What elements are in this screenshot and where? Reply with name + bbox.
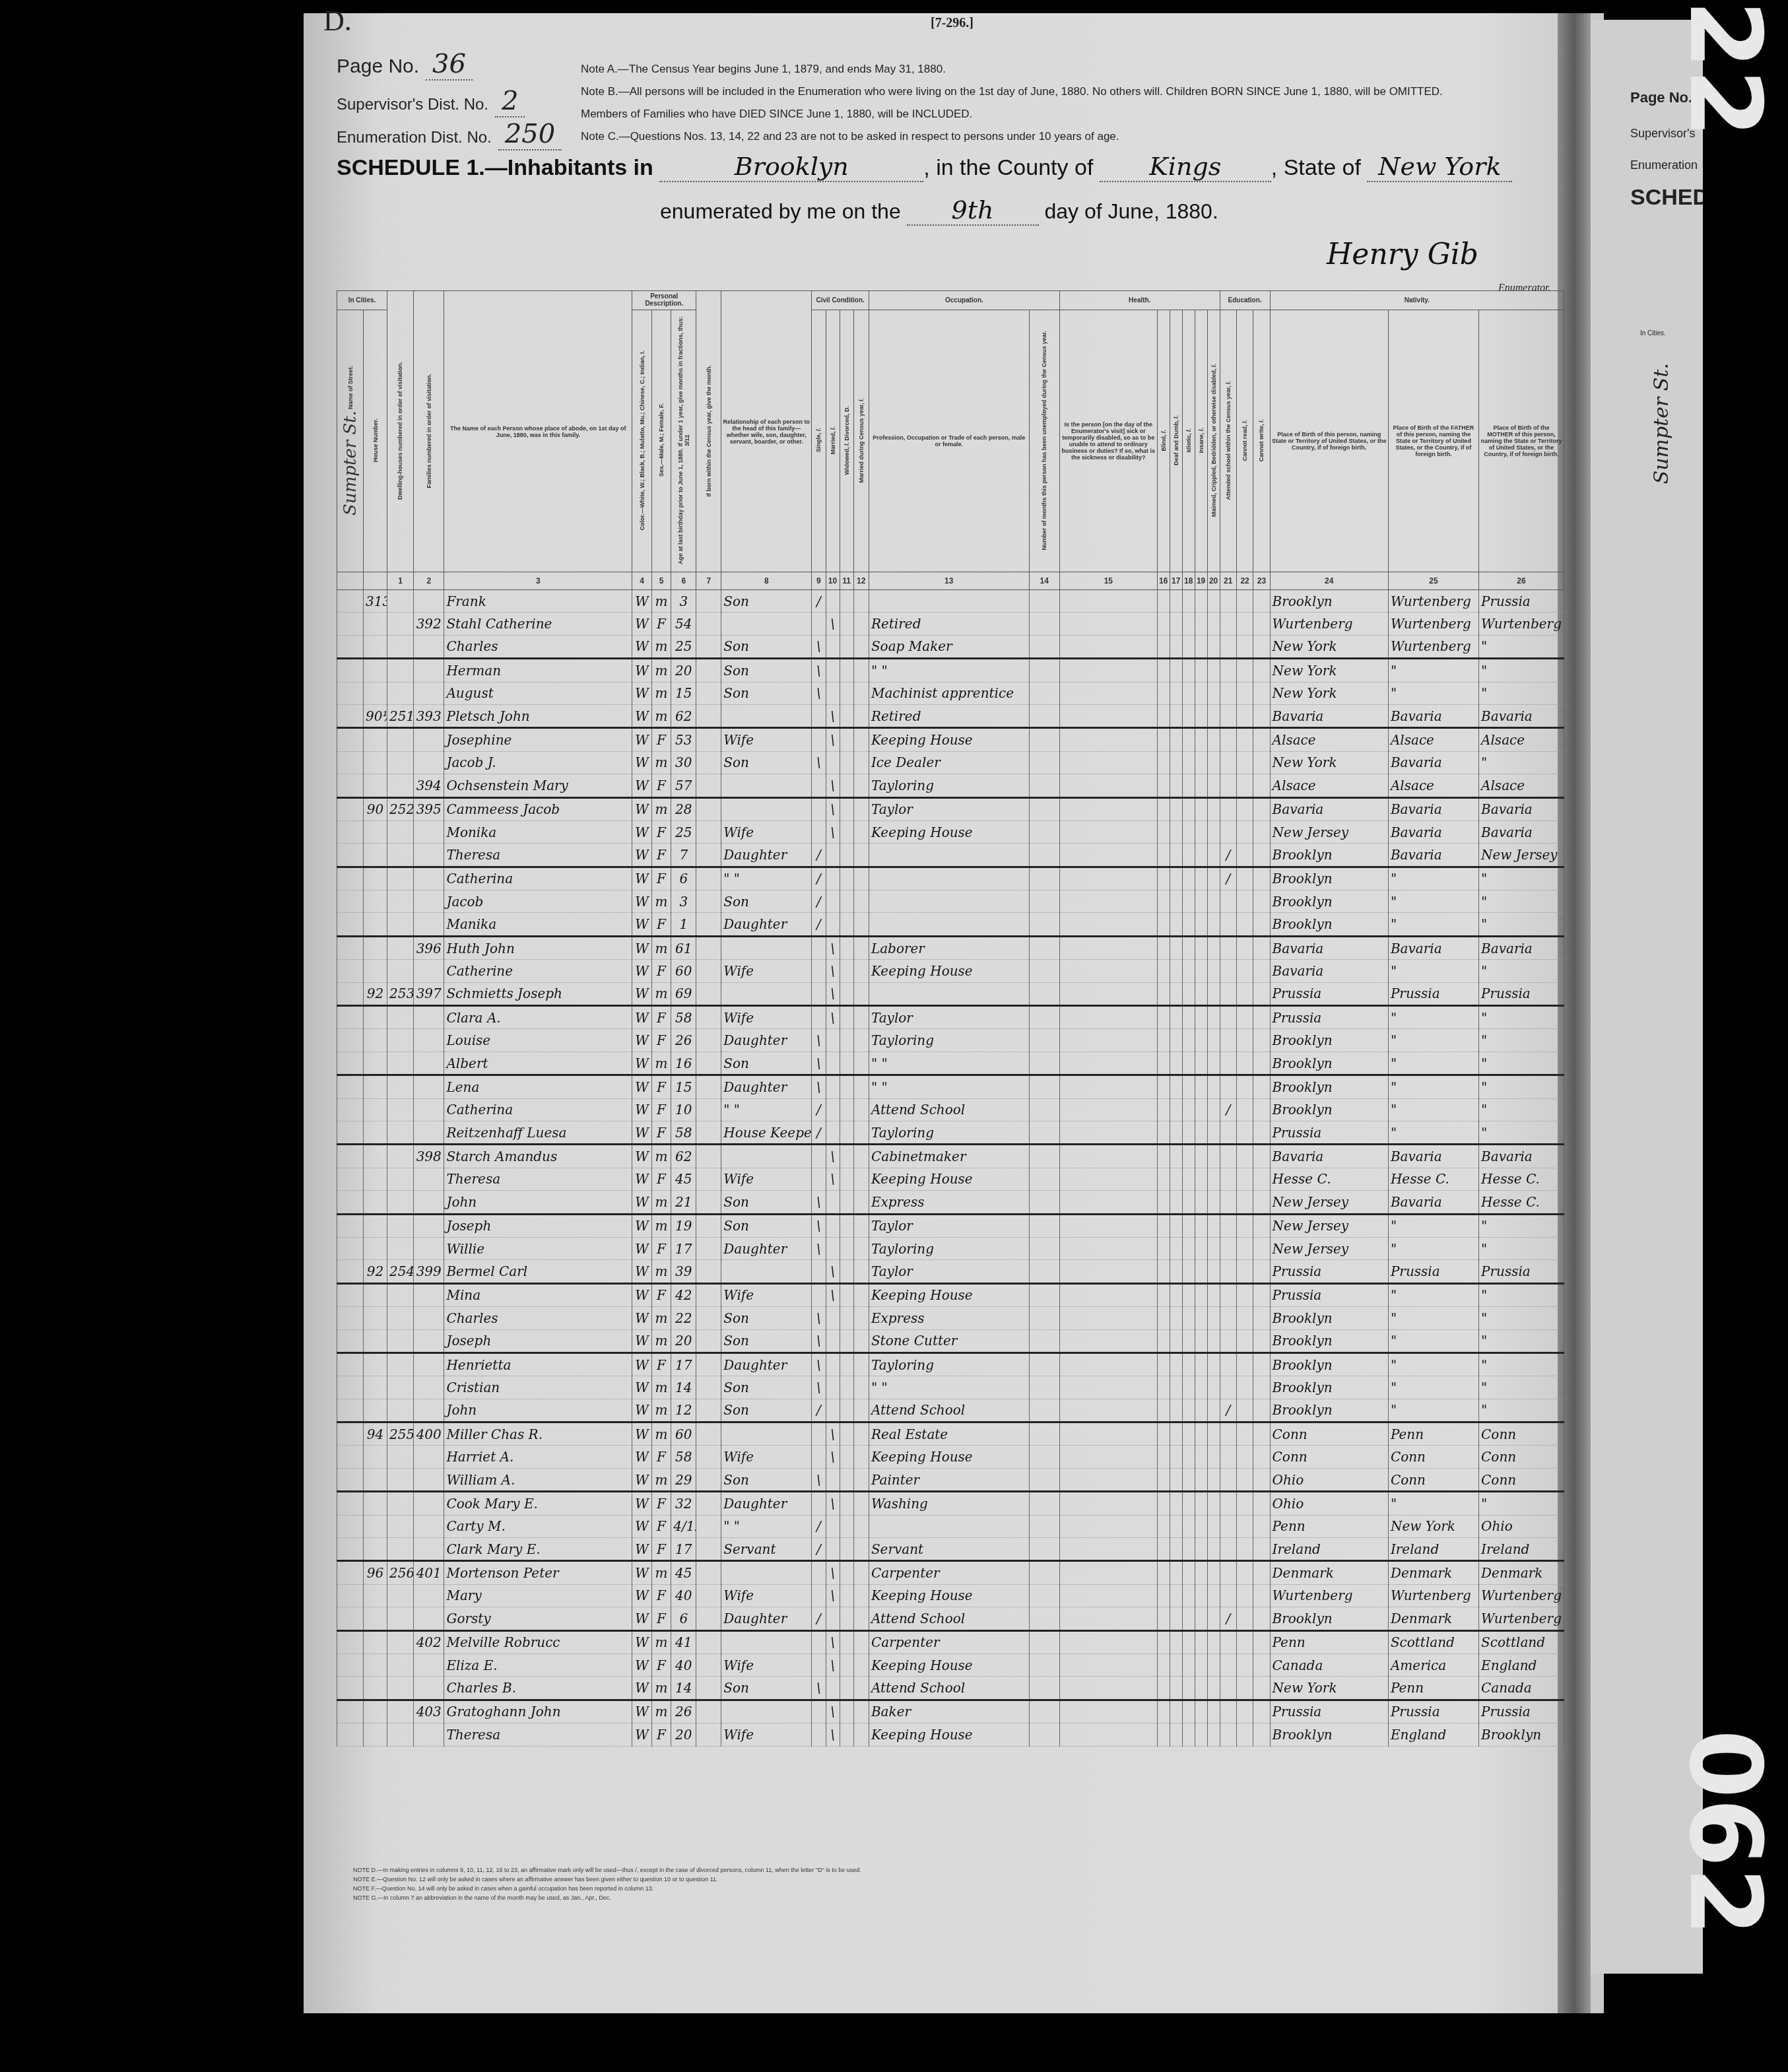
color-cell: W	[632, 1145, 652, 1168]
occupation-cell: Ice Dealer	[869, 751, 1029, 774]
street-cell	[337, 1353, 364, 1376]
table-row: MaryWF40Wife\Keeping HouseWurtenbergWurt…	[337, 1584, 1564, 1607]
house-number-cell	[364, 1029, 387, 1052]
age-cell: 62	[671, 1145, 696, 1168]
cannot-read-cell	[1236, 1376, 1253, 1399]
birthplace-cell: Brooklyn	[1270, 1329, 1388, 1353]
enumeration-district-value: 250	[498, 119, 562, 150]
school-mark-cell	[1220, 1723, 1236, 1746]
relationship-cell: Son	[721, 635, 812, 658]
father-birthplace-cell: Prussia	[1388, 1700, 1478, 1723]
birth-month-cell	[696, 1098, 721, 1121]
birthplace-cell: Bavaria	[1270, 936, 1388, 959]
sickness-cell	[1059, 1468, 1157, 1491]
birth-month-cell	[696, 682, 721, 704]
cannot-write-cell	[1253, 1168, 1270, 1190]
street-cell	[337, 1006, 364, 1029]
person-name-cell: Lena	[444, 1075, 632, 1098]
sex-cell: m	[651, 1399, 671, 1422]
single-mark-cell	[812, 1561, 826, 1584]
birthplace-cell: Bavaria	[1270, 1145, 1388, 1168]
cannot-read-cell	[1236, 797, 1253, 820]
table-row: 90½251393Pletsch JohnWm62\RetiredBavaria…	[337, 704, 1564, 727]
idiotic-cell	[1182, 1561, 1195, 1584]
cannot-read-cell	[1236, 1446, 1253, 1468]
family-number-cell: 400	[414, 1422, 444, 1446]
color-cell: W	[632, 1677, 652, 1700]
widowed-mark-cell	[840, 1329, 853, 1353]
mother-birthplace-cell: Alsace	[1479, 728, 1564, 751]
relationship-cell: Son	[721, 1677, 812, 1700]
sickness-cell	[1059, 1237, 1157, 1259]
birth-month-cell	[696, 1260, 721, 1283]
father-birthplace-cell: Wurtenberg	[1388, 635, 1478, 658]
age-cell: 17	[671, 1237, 696, 1259]
sex-cell: F	[651, 1029, 671, 1052]
birthplace-cell: Prussia	[1270, 982, 1388, 1005]
married-mark-cell	[826, 913, 840, 936]
deaf-cell	[1170, 1098, 1182, 1121]
header-single: Single, /.	[812, 310, 826, 572]
married-mark-cell	[826, 1214, 840, 1237]
table-row: 96256401Mortenson PeterWm45\CarpenterDen…	[337, 1561, 1564, 1584]
father-birthplace-cell: "	[1388, 1214, 1478, 1237]
idiotic-cell	[1182, 1376, 1195, 1399]
color-cell: W	[632, 844, 652, 867]
header-street: Name of Street. Sumpter St.	[337, 310, 364, 572]
birthplace-cell: Ohio	[1270, 1492, 1388, 1515]
street-name-value: Sumpter St.	[341, 411, 360, 516]
insane-cell	[1195, 635, 1207, 658]
unemployed-cell	[1029, 1283, 1059, 1306]
house-number-cell	[364, 960, 387, 982]
birth-month-cell	[696, 1145, 721, 1168]
insane-cell	[1195, 1630, 1207, 1654]
mother-birthplace-cell: Canada	[1479, 1677, 1564, 1700]
family-number-cell	[414, 1283, 444, 1306]
person-name-cell: Starch Amandus	[444, 1145, 632, 1168]
dwelling-number-cell	[387, 890, 413, 913]
maimed-cell	[1207, 1191, 1220, 1214]
cannot-write-cell	[1253, 1376, 1270, 1399]
single-mark-cell	[812, 728, 826, 751]
birth-month-cell	[696, 1723, 721, 1746]
sickness-cell	[1059, 728, 1157, 751]
color-cell: W	[632, 1723, 652, 1746]
school-mark-cell	[1220, 890, 1236, 913]
footnote-f: NOTE F.—Question No. 14 will only be ask…	[353, 1884, 861, 1893]
deaf-cell	[1170, 1307, 1182, 1329]
header-married-year: Married during Census year, /.	[853, 310, 869, 572]
dwelling-number-cell: 251	[387, 704, 413, 727]
sex-cell: m	[651, 682, 671, 704]
age-cell: 45	[671, 1168, 696, 1190]
age-cell: 60	[671, 1422, 696, 1446]
occupation-cell: Keeping House	[869, 1723, 1029, 1746]
sickness-cell	[1059, 1353, 1157, 1376]
unemployed-cell	[1029, 1168, 1059, 1190]
blind-cell	[1157, 1260, 1170, 1283]
unemployed-cell	[1029, 936, 1059, 959]
occupation-cell: Retired	[869, 704, 1029, 727]
insane-cell	[1195, 1446, 1207, 1468]
married-mark-cell	[826, 1191, 840, 1214]
school-mark-cell	[1220, 1561, 1236, 1584]
idiotic-cell	[1182, 1029, 1195, 1052]
maimed-cell	[1207, 1006, 1220, 1029]
occupation-cell: Carpenter	[869, 1630, 1029, 1654]
insane-cell	[1195, 1561, 1207, 1584]
relationship-cell: Wife	[721, 1723, 812, 1746]
cannot-read-cell	[1236, 844, 1253, 867]
cannot-write-cell	[1253, 1121, 1270, 1144]
unemployed-cell	[1029, 1538, 1059, 1561]
single-mark-cell	[812, 982, 826, 1005]
color-cell: W	[632, 1029, 652, 1052]
mother-birthplace-cell: Ireland	[1479, 1538, 1564, 1561]
family-number-cell	[414, 590, 444, 613]
street-cell	[337, 774, 364, 797]
maimed-cell	[1207, 820, 1220, 843]
father-birthplace-cell: "	[1388, 1492, 1478, 1515]
sickness-cell	[1059, 1376, 1157, 1399]
table-row: TheresaWF20Wife\Keeping HouseBrooklynEng…	[337, 1723, 1564, 1746]
birth-month-cell	[696, 1515, 721, 1537]
header-widowed: Widowed, /. Divorced, D.	[840, 310, 853, 572]
maimed-cell	[1207, 1329, 1220, 1353]
street-cell	[337, 1723, 364, 1746]
sex-cell: m	[651, 1700, 671, 1723]
cannot-write-cell	[1253, 960, 1270, 982]
married-mark-cell: \	[826, 1561, 840, 1584]
cannot-write-cell	[1253, 844, 1270, 867]
sex-cell: F	[651, 1515, 671, 1537]
person-name-cell: John	[444, 1399, 632, 1422]
single-mark-cell: \	[812, 635, 826, 658]
single-mark-cell	[812, 1145, 826, 1168]
father-birthplace-cell: "	[1388, 890, 1478, 913]
header-relationship: Relationship of each person to the head …	[721, 291, 812, 572]
table-row: CatherinaWF10" "/Attend School/Brooklyn"…	[337, 1098, 1564, 1121]
street-cell	[337, 844, 364, 867]
sex-cell: m	[651, 1630, 671, 1654]
birthplace-cell: New York	[1270, 1677, 1388, 1700]
cannot-write-cell	[1253, 751, 1270, 774]
insane-cell	[1195, 704, 1207, 727]
mother-birthplace-cell: New Jersey	[1479, 844, 1564, 867]
relationship-cell	[721, 1630, 812, 1654]
occupation-cell: Tayloring	[869, 1121, 1029, 1144]
unemployed-cell	[1029, 1237, 1059, 1259]
house-number-cell	[364, 1677, 387, 1700]
deaf-cell	[1170, 936, 1182, 959]
married-mark-cell	[826, 1329, 840, 1353]
relationship-cell: Son	[721, 1052, 812, 1075]
sickness-cell	[1059, 936, 1157, 959]
father-birthplace-cell: Conn	[1388, 1468, 1478, 1491]
occupation-cell: " "	[869, 1376, 1029, 1399]
dwelling-number-cell	[387, 1654, 413, 1676]
maimed-cell	[1207, 774, 1220, 797]
married-year-cell	[853, 1630, 869, 1654]
house-number-cell: 96	[364, 1561, 387, 1584]
unemployed-cell	[1029, 1098, 1059, 1121]
person-name-cell: Melville Robrucc	[444, 1630, 632, 1654]
age-cell: 45	[671, 1561, 696, 1584]
married-year-cell	[853, 1468, 869, 1491]
school-mark-cell	[1220, 913, 1236, 936]
birthplace-cell: New Jersey	[1270, 820, 1388, 843]
street-cell	[337, 1214, 364, 1237]
father-birthplace-cell: "	[1388, 1376, 1478, 1399]
relationship-cell: House Keeper	[721, 1121, 812, 1144]
married-year-cell	[853, 1654, 869, 1676]
age-cell: 20	[671, 1723, 696, 1746]
father-birthplace-cell: "	[1388, 1329, 1478, 1353]
school-mark-cell	[1220, 1075, 1236, 1098]
sickness-cell	[1059, 704, 1157, 727]
single-mark-cell: \	[812, 1052, 826, 1075]
maimed-cell	[1207, 1700, 1220, 1723]
married-mark-cell: \	[826, 1446, 840, 1468]
birthplace-cell: Brooklyn	[1270, 867, 1388, 890]
city-value: Brooklyn	[659, 152, 923, 182]
single-mark-cell: \	[812, 1677, 826, 1700]
table-row: Harriet A.WF58Wife\Keeping HouseConnConn…	[337, 1446, 1564, 1468]
color-cell: W	[632, 913, 652, 936]
maimed-cell	[1207, 1260, 1220, 1283]
unemployed-cell	[1029, 751, 1059, 774]
house-number-cell	[364, 820, 387, 843]
house-number-cell	[364, 1584, 387, 1607]
color-cell: W	[632, 635, 652, 658]
birth-month-cell	[696, 1446, 721, 1468]
school-mark-cell	[1220, 1214, 1236, 1237]
birth-month-cell	[696, 590, 721, 613]
blind-cell	[1157, 728, 1170, 751]
cannot-read-cell	[1236, 913, 1253, 936]
house-number-cell	[364, 1145, 387, 1168]
age-cell: 26	[671, 1700, 696, 1723]
sex-cell: F	[651, 913, 671, 936]
header-house-number: House Number.	[364, 310, 387, 572]
school-mark-cell	[1220, 728, 1236, 751]
sickness-cell	[1059, 1422, 1157, 1446]
relationship-cell: Wife	[721, 960, 812, 982]
sickness-cell	[1059, 1006, 1157, 1029]
mother-birthplace-cell: "	[1479, 1399, 1564, 1422]
father-birthplace-cell: "	[1388, 960, 1478, 982]
idiotic-cell	[1182, 1237, 1195, 1259]
cannot-write-cell	[1253, 1538, 1270, 1561]
married-year-cell	[853, 1422, 869, 1446]
cannot-read-cell	[1236, 1237, 1253, 1259]
sickness-cell	[1059, 867, 1157, 890]
age-cell: 15	[671, 682, 696, 704]
column-number-row: 12 34 56 78 910 1112 1314 1516 1718 1920…	[337, 572, 1564, 590]
deaf-cell	[1170, 1075, 1182, 1098]
married-year-cell	[853, 1260, 869, 1283]
header-group-nativity: Nativity.	[1270, 291, 1564, 310]
street-cell	[337, 1584, 364, 1607]
color-cell: W	[632, 1468, 652, 1491]
married-mark-cell: \	[826, 704, 840, 727]
relationship-cell: Wife	[721, 1654, 812, 1676]
unemployed-cell	[1029, 1353, 1059, 1376]
mother-birthplace-cell: Bavaria	[1479, 936, 1564, 959]
relationship-cell: Daughter	[721, 844, 812, 867]
married-year-cell	[853, 774, 869, 797]
idiotic-cell	[1182, 774, 1195, 797]
insane-cell	[1195, 1353, 1207, 1376]
insane-cell	[1195, 1307, 1207, 1329]
header-sick: Is the person [on the day of the Enumera…	[1059, 310, 1157, 572]
relationship-cell: Son	[721, 659, 812, 682]
cannot-read-cell	[1236, 1191, 1253, 1214]
unemployed-cell	[1029, 590, 1059, 613]
cannot-read-cell	[1236, 1492, 1253, 1515]
mother-birthplace-cell: "	[1479, 1075, 1564, 1098]
idiotic-cell	[1182, 590, 1195, 613]
birthplace-cell: New York	[1270, 635, 1388, 658]
street-cell	[337, 960, 364, 982]
single-mark-cell: \	[812, 1353, 826, 1376]
unemployed-cell	[1029, 844, 1059, 867]
relationship-cell: Son	[721, 890, 812, 913]
house-number-cell	[364, 1492, 387, 1515]
color-cell: W	[632, 936, 652, 959]
father-birthplace-cell: "	[1388, 1029, 1478, 1052]
family-number-cell	[414, 1052, 444, 1075]
table-row: HermanWm20Son\" "New York""	[337, 659, 1564, 682]
house-number-cell	[364, 890, 387, 913]
occupation-cell	[869, 867, 1029, 890]
cannot-write-cell	[1253, 635, 1270, 658]
family-number-cell	[414, 1399, 444, 1422]
sickness-cell	[1059, 890, 1157, 913]
dwelling-number-cell	[387, 1283, 413, 1306]
birthplace-cell: Brooklyn	[1270, 1353, 1388, 1376]
house-number-cell: 313	[364, 590, 387, 613]
street-cell	[337, 1630, 364, 1654]
cannot-read-cell	[1236, 590, 1253, 613]
table-row: William A.Wm29Son\PainterOhioConnConn	[337, 1468, 1564, 1491]
dwelling-number-cell	[387, 1492, 413, 1515]
school-mark-cell	[1220, 1237, 1236, 1259]
enumeration-date-line: enumerated by me on the 9th day of June,…	[660, 195, 1218, 226]
color-cell: W	[632, 1700, 652, 1723]
person-name-cell: Mary	[444, 1584, 632, 1607]
occupation-cell: Painter	[869, 1468, 1029, 1491]
married-mark-cell: \	[826, 1168, 840, 1190]
person-name-cell: Catherine	[444, 960, 632, 982]
occupation-cell	[869, 890, 1029, 913]
person-name-cell: Eliza E.	[444, 1654, 632, 1676]
widowed-mark-cell	[840, 751, 853, 774]
mother-birthplace-cell: Wurtenberg	[1479, 1584, 1564, 1607]
table-row: TheresaWF45Wife\Keeping HouseHesse C.Hes…	[337, 1168, 1564, 1190]
married-year-cell	[853, 936, 869, 959]
color-cell: W	[632, 1237, 652, 1259]
header-idiotic: Idiotic, /.	[1182, 310, 1195, 572]
deaf-cell	[1170, 797, 1182, 820]
deaf-cell	[1170, 1723, 1182, 1746]
house-number-cell	[364, 1538, 387, 1561]
house-number-cell	[364, 844, 387, 867]
relationship-cell: Servant	[721, 1538, 812, 1561]
age-cell: 21	[671, 1191, 696, 1214]
page-number-value: 36	[426, 49, 473, 81]
person-name-cell: Charles	[444, 635, 632, 658]
color-cell: W	[632, 1561, 652, 1584]
blind-cell	[1157, 590, 1170, 613]
family-number-cell	[414, 1723, 444, 1746]
married-year-cell	[853, 1307, 869, 1329]
sickness-cell	[1059, 1121, 1157, 1144]
maimed-cell	[1207, 682, 1220, 704]
blind-cell	[1157, 774, 1170, 797]
maimed-cell	[1207, 751, 1220, 774]
street-cell	[337, 1561, 364, 1584]
family-number-cell: 397	[414, 982, 444, 1005]
sex-cell: F	[651, 1538, 671, 1561]
school-mark-cell	[1220, 1052, 1236, 1075]
blind-cell	[1157, 797, 1170, 820]
idiotic-cell	[1182, 1353, 1195, 1376]
married-mark-cell: \	[826, 613, 840, 635]
married-year-cell	[853, 797, 869, 820]
birth-month-cell	[696, 1399, 721, 1422]
person-name-cell: Mortenson Peter	[444, 1561, 632, 1584]
maimed-cell	[1207, 1237, 1220, 1259]
sickness-cell	[1059, 1098, 1157, 1121]
widowed-mark-cell	[840, 913, 853, 936]
insane-cell	[1195, 1607, 1207, 1630]
birth-month-cell	[696, 1607, 721, 1630]
mother-birthplace-cell: Bavaria	[1479, 797, 1564, 820]
street-cell	[337, 613, 364, 635]
cannot-write-cell	[1253, 1561, 1270, 1584]
maimed-cell	[1207, 1376, 1220, 1399]
cannot-read-cell	[1236, 1307, 1253, 1329]
unemployed-cell	[1029, 867, 1059, 890]
deaf-cell	[1170, 613, 1182, 635]
father-birthplace-cell: "	[1388, 1283, 1478, 1306]
color-cell: W	[632, 1329, 652, 1353]
family-number-cell	[414, 1075, 444, 1098]
family-number-cell	[414, 1006, 444, 1029]
widowed-mark-cell	[840, 1376, 853, 1399]
table-row: Reitzenhaff LuesaWF58House Keeper/Taylor…	[337, 1121, 1564, 1144]
idiotic-cell	[1182, 1283, 1195, 1306]
unemployed-cell	[1029, 1723, 1059, 1746]
married-mark-cell: \	[826, 728, 840, 751]
street-cell	[337, 1446, 364, 1468]
sex-cell: F	[651, 844, 671, 867]
widowed-mark-cell	[840, 890, 853, 913]
deaf-cell	[1170, 1214, 1182, 1237]
unemployed-cell	[1029, 890, 1059, 913]
school-mark-cell	[1220, 704, 1236, 727]
color-cell: W	[632, 1654, 652, 1676]
married-year-cell	[853, 751, 869, 774]
county-value: Kings	[1100, 152, 1271, 182]
person-name-cell: Clara A.	[444, 1006, 632, 1029]
cannot-read-cell	[1236, 1677, 1253, 1700]
married-year-cell	[853, 1145, 869, 1168]
idiotic-cell	[1182, 1607, 1195, 1630]
house-number-cell	[364, 1283, 387, 1306]
